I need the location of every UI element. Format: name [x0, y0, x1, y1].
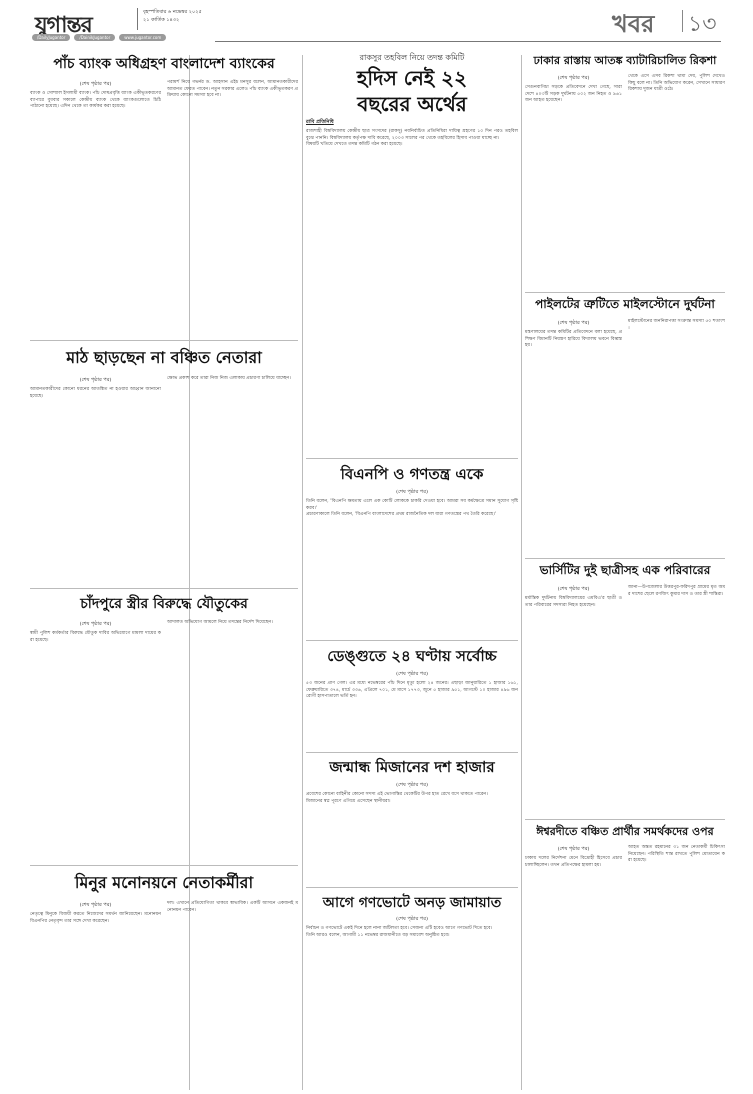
- story-body: পরামর্শ নিয়ে গভর্নর ড. আহসান এইচ মনসুর …: [167, 80, 298, 100]
- headline: পাঁচ ব্যাংক অধিগ্রহণ বাংলাদেশ ব্যাংকের: [30, 52, 298, 76]
- story-body: সেগুনবাগিচা সড়কে প্রতিবেদনে দেখা গেছে, …: [525, 85, 622, 105]
- story-body: জানা—উপজেলার উত্তরপুর-ফরিদপুর গ্রামের মৃ…: [628, 585, 725, 598]
- story-rule: [30, 865, 298, 866]
- continued-label: (শেষ পৃষ্ঠার পর): [306, 782, 518, 790]
- story-body: নেতৃত্বে মিনুকে বিজয়ী করতে নিজেদের সমর্…: [30, 912, 161, 925]
- story-body: মন্ত্রণালয়ের তদন্ত কমিটির প্রতিবেদনে বল…: [525, 330, 622, 350]
- story-body: ব্যাংক ও সোশ্যাল ইসলামী ব্যাংক। পাঁচ দোষ…: [30, 91, 161, 111]
- story-varsity-family[interactable]: ভার্সিটির দুই ছাত্রীসহ এক পরিবারের (শেষ …: [525, 562, 725, 817]
- date-block: বৃহস্পতিবার ৬ নভেম্বর ২০২৫ ২১ কার্তিক ১৪…: [143, 8, 202, 24]
- story-body: বিষয়টি খতিয়ে দেখতে তদন্ত কমিটি গঠন করা…: [306, 142, 518, 149]
- story-body: থেকে এসে এসব রিকশা থামা দেয়, পুলিশ দেখে…: [628, 74, 725, 94]
- kicker: রাকসুর তহবিল নিয়ে তদন্ত কমিটি: [306, 52, 518, 65]
- facebook-link[interactable]: /DailyJugantor: [32, 34, 70, 41]
- continued-label: (শেষ পৃষ্ঠার পর): [525, 586, 622, 594]
- story-chandpur[interactable]: চাঁদপুরে স্ত্রীর বিরুদ্ধে যৌতুকের (শেষ প…: [30, 592, 298, 862]
- story-body: তিনি বলেন, 'বিএনপি ক্ষমতায় এলে এক কোটি …: [306, 499, 518, 512]
- story-body: প্রবেশের কোনো বাহিনীর কোনো সদস্য এই ভোগা…: [306, 792, 518, 799]
- headline: পাইলটের ত্রুটিতে মাইলস্টোনে দুর্ঘটনা: [525, 296, 725, 316]
- social-links: /DailyJugantor /DainikJugantor www.jugan…: [32, 34, 166, 41]
- page-number: ১৩: [688, 7, 717, 44]
- continued-label: (শেষ পৃষ্ঠার পর): [30, 902, 161, 910]
- continued-label: (শেষ পৃষ্ঠার পর): [306, 489, 518, 497]
- story-rule: [30, 340, 298, 341]
- story-body: প্রচারণাকালে তিনি বলেন, 'বিএনপি বাংলাদেশ…: [306, 512, 518, 519]
- website-link[interactable]: www.jugantor.com: [119, 34, 166, 41]
- story-body: ৫৩ জনের প্রাণ গেল। এর মধ্যে নভেম্বরের পা…: [306, 681, 518, 701]
- story-minu[interactable]: মিনুর মনোনয়নে নেতাকর্মীরা (শেষ পৃষ্ঠার …: [30, 870, 298, 1090]
- column-rule: [521, 55, 522, 1090]
- story-field-leaders[interactable]: মাঠ ছাড়ছেন না বঞ্চিত নেতারা (শেষ পৃষ্ঠা…: [30, 345, 298, 585]
- headline: ভার্সিটির দুই ছাত্রীসহ এক পরিবারের: [525, 562, 725, 582]
- headline: ঈশ্বরদীতে বঞ্চিত প্রার্থীর সমর্থকদের ওপর: [525, 823, 725, 842]
- continued-label: (শেষ পৃষ্ঠার পর): [30, 81, 161, 89]
- story-body: দল। এখানে প্রতিযোগিতা থাকবে স্বাভাবিক। এ…: [167, 901, 298, 914]
- continued-label: (শেষ পৃষ্ঠার পর): [525, 846, 622, 854]
- story-battery-rickshaw[interactable]: ঢাকার রাস্তায় আতঙ্ক ব্যাটারিচালিত রিকশা…: [525, 52, 725, 292]
- headline: চাঁদপুরে স্ত্রীর বিরুদ্ধে যৌতুকের: [30, 592, 298, 616]
- continued-label: (শেষ পৃষ্ঠার পর): [30, 621, 161, 629]
- continued-label: (শেষ পৃষ্ঠার পর): [525, 320, 622, 328]
- continued-label: (শেষ পৃষ্ঠার পর): [306, 671, 518, 679]
- headline-line-1: হদিস নেই ২২: [306, 65, 518, 91]
- headline: আগে গণভোটে অনড় জামায়াত: [306, 891, 518, 915]
- story-dengue[interactable]: ডেঙ্গুতে ২৪ ঘণ্টায় সর্বোচ্চ (শেষ পৃষ্ঠা…: [306, 645, 518, 745]
- story-rule: [306, 640, 518, 641]
- masthead: যুগান্তর বৃহস্পতিবার ৬ নভেম্বর ২০২৫ ২১ ক…: [0, 0, 753, 48]
- story-five-banks[interactable]: পাঁচ ব্যাংক অধিগ্রহণ বাংলাদেশ ব্যাংকের (…: [30, 52, 298, 342]
- story-rule: [525, 558, 725, 559]
- continued-label: (শেষ পৃষ্ঠার পর): [525, 75, 622, 83]
- story-body: মিজানের স্বপ্ন পূরণে এগিয়ে এসেছেন স্থান…: [306, 799, 518, 806]
- story-pilot-error[interactable]: পাইলটের ত্রুটিতে মাইলস্টোনে দুর্ঘটনা (শে…: [525, 296, 725, 556]
- story-rule: [306, 752, 518, 753]
- headline: ডেঙ্গুতে ২৪ ঘণ্টায় সর্বোচ্চ: [306, 645, 518, 670]
- page-divider: [682, 10, 683, 32]
- headline: বিএনপি ও গণতন্ত্র একে: [306, 463, 518, 488]
- story-body: ক্ষোভ প্রকাশ করে তারা নিজ নিজ এলাকায় প্…: [167, 376, 298, 383]
- story-rule: [525, 819, 725, 820]
- story-body: ঢাকায় দলের নির্দেশনা মেনে বিদ্রোহী হিসে…: [525, 856, 622, 869]
- logo-divider: [137, 8, 138, 30]
- story-rule: [525, 292, 725, 293]
- headline: মিনুর মনোনয়নে নেতাকর্মীরা: [30, 870, 298, 897]
- date-gregorian: বৃহস্পতিবার ৬ নভেম্বর ২০২৫: [143, 8, 202, 16]
- story-rule: [306, 458, 518, 459]
- story-body: স্বামী পুলিশ কর্মকর্তার বিরুদ্ধে যৌতুক দ…: [30, 631, 161, 644]
- story-body: তিনি আরও বলেন, আগামী ১১ নভেম্বর রাজধানীত…: [306, 933, 518, 940]
- continued-label: (শেষ পৃষ্ঠার পর): [306, 916, 518, 924]
- story-body: রাজশাহী বিশ্ববিদ্যালয় কেন্দ্রীয় ছাত্র …: [306, 129, 518, 142]
- headline-line-2: বছরের অর্থের: [306, 91, 518, 117]
- story-referendum[interactable]: আগে গণভোটে অনড় জামায়াত (শেষ পৃষ্ঠার পর…: [306, 891, 518, 1091]
- twitter-link[interactable]: /DainikJugantor: [74, 34, 115, 41]
- story-body: আমানতকারীদের কোনো ধরনের আতঙ্কিত না হওয়া…: [30, 387, 161, 400]
- story-ishwardi[interactable]: ঈশ্বরদীতে বঞ্চিত প্রার্থীর সমর্থকদের ওপর…: [525, 823, 725, 1088]
- section-title: খবর: [612, 6, 654, 46]
- headline: ঢাকার রাস্তায় আতঙ্ক ব্যাটারিচালিত রিকশা: [525, 52, 725, 71]
- story-body: মর্মান্তিক দুর্ঘটনায় বিশ্ববিদ্যালয়ের এ…: [525, 596, 622, 609]
- column-rule: [302, 55, 303, 1090]
- headline: জন্মান্ধ মিজানের দশ হাজার: [306, 756, 518, 781]
- story-rule: [306, 887, 518, 888]
- continued-label: (শেষ পৃষ্ঠার পর): [30, 377, 161, 385]
- story-rakshu-fund[interactable]: রাকসুর তহবিল নিয়ে তদন্ত কমিটি হদিস নেই …: [306, 52, 518, 457]
- story-body: নির্বাচন ও গণভোটে একই দিনে হলে নানা জটিল…: [306, 926, 518, 933]
- story-body: আদালত অভিযোগ আমলে নিয়ে তদন্তের নির্দেশ …: [167, 620, 298, 627]
- story-rule: [30, 588, 298, 589]
- byline: রাবি প্রতিনিধি: [306, 119, 518, 127]
- story-bnp[interactable]: বিএনপি ও গণতন্ত্র একে (শেষ পৃষ্ঠার পর) ত…: [306, 463, 518, 633]
- story-body: মাইলস্টোনের জননিরাপত্তা সংক্রান্ত সমস্যা…: [628, 319, 725, 332]
- story-body: আহত অন্তত রহমানের ৩১ জন নেতাকর্মী চিকিৎস…: [628, 845, 725, 865]
- date-bengali: ২১ কার্তিক ১৪৩২: [143, 16, 202, 24]
- story-mizan[interactable]: জন্মান্ধ মিজানের দশ হাজার (শেষ পৃষ্ঠার প…: [306, 756, 518, 886]
- headline: মাঠ ছাড়ছেন না বঞ্চিত নেতারা: [30, 345, 298, 372]
